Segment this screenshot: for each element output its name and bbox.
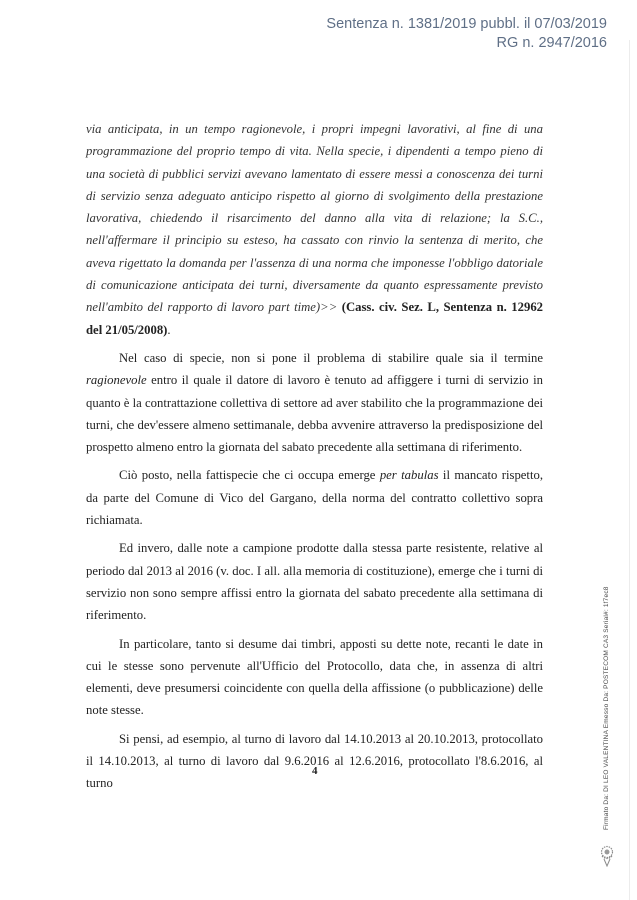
paragraph-evidence: Ed invero, dalle note a campione prodott… bbox=[86, 537, 543, 626]
paragraph-case-context: Nel caso di specie, non si pone il probl… bbox=[86, 347, 543, 458]
text-segment: Ciò posto, nella fattispecie che ci occu… bbox=[119, 468, 380, 482]
page-number: 4 bbox=[312, 765, 318, 777]
text-segment: Nel caso di specie, non si pone il probl… bbox=[119, 351, 543, 365]
period: . bbox=[167, 323, 170, 337]
paragraph-stamps: In particolare, tanto si desume dai timb… bbox=[86, 633, 543, 722]
document-body: via anticipata, in un tempo ragionevole,… bbox=[86, 118, 543, 801]
italic-term: per tabulas bbox=[380, 468, 439, 482]
document-header: Sentenza n. 1381/2019 pubbl. il 07/03/20… bbox=[326, 15, 607, 53]
paragraph-finding: Ciò posto, nella fattispecie che ci occu… bbox=[86, 464, 543, 531]
case-registry-number: RG n. 2947/2016 bbox=[326, 34, 607, 53]
text-segment: entro il quale il datore di lavoro è ten… bbox=[86, 373, 543, 454]
republic-emblem-icon bbox=[598, 845, 616, 867]
page-edge-rule bbox=[629, 40, 630, 900]
digital-signature-stamp: Firmato Da: DI LEO VALENTINA Emesso Da: … bbox=[603, 586, 610, 830]
paragraph-example: Si pensi, ad esempio, al turno di lavoro… bbox=[86, 728, 543, 795]
sentence-reference: Sentenza n. 1381/2019 pubbl. il 07/03/20… bbox=[326, 15, 607, 34]
italic-term: ragionevole bbox=[86, 373, 147, 387]
paragraph-quoted-citation: via anticipata, in un tempo ragionevole,… bbox=[86, 118, 543, 341]
quoted-text: via anticipata, in un tempo ragionevole,… bbox=[86, 122, 543, 314]
